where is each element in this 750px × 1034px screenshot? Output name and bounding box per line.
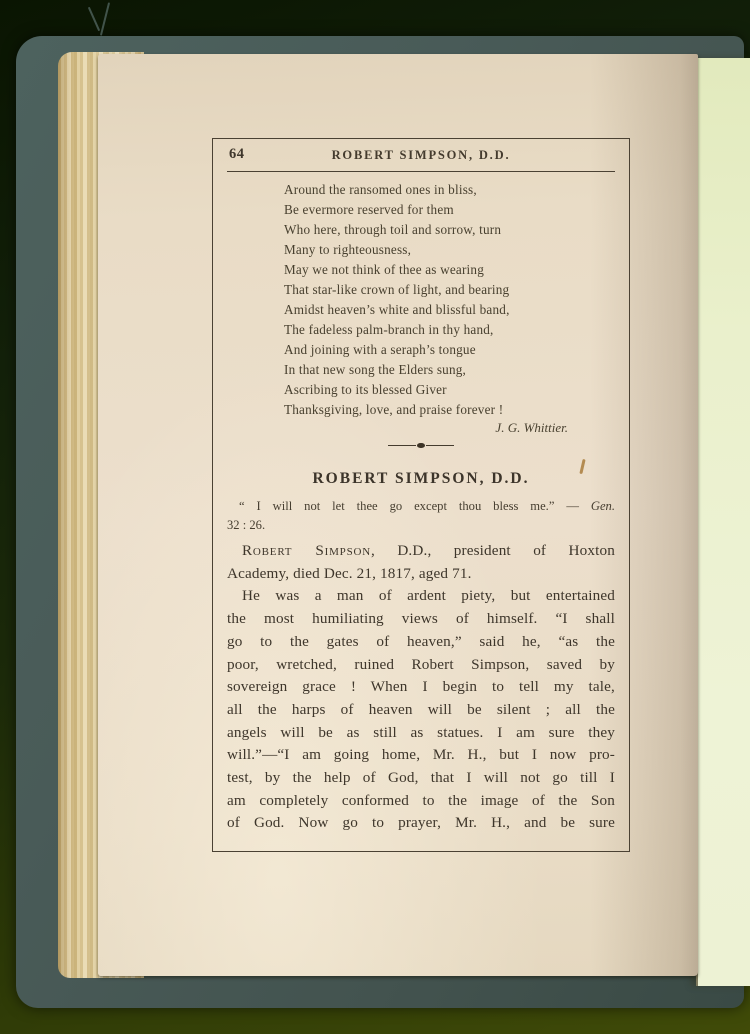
- cover-thread: [88, 7, 100, 32]
- ornament-dot: [417, 443, 425, 449]
- poem-line: Around the ransomed ones in bliss,: [284, 180, 615, 200]
- book-page: 64 ROBERT SIMPSON, D.D. Around the ranso…: [98, 54, 698, 976]
- epigraph-line: “ I will not let thee go except thou ble…: [227, 497, 615, 516]
- paragraph-line: sovereign grace ! When I begin to tell m…: [227, 676, 615, 699]
- paragraph-line: Academy, died Dec. 21, 1817, aged 71.: [227, 563, 615, 586]
- ornament-rule-left: [388, 445, 416, 447]
- paragraph-line: all the harps of heaven will be silent ;…: [227, 699, 615, 722]
- poem-line: Many to righteousness,: [284, 240, 615, 260]
- paragraph-line: the most humiliating views of himself. “…: [227, 608, 615, 631]
- poem-line: And joining with a seraph’s tongue: [284, 340, 615, 360]
- poem-line: In that new song the Elders sung,: [284, 360, 615, 380]
- paragraph-line: poor, wretched, ruined Robert Simpson, s…: [227, 654, 615, 677]
- epigraph-text: “ I will not let thee go except thou ble…: [239, 499, 591, 513]
- poem-line: Thanksgiving, love, and praise forever !: [284, 400, 615, 420]
- paragraph-line: test, by the help of God, that I will no…: [227, 767, 615, 790]
- facing-page-edge: [696, 58, 750, 986]
- cover-thread: [100, 2, 110, 35]
- body-paragraph: He was a man of ardent piety, but entert…: [227, 585, 615, 835]
- poem: Around the ransomed ones in bliss,Be eve…: [284, 180, 615, 420]
- epigraph-source: Gen.: [591, 499, 615, 513]
- running-title: ROBERT SIMPSON, D.D.: [227, 148, 615, 163]
- poem-attribution: J. G. Whittier.: [227, 420, 568, 436]
- text-frame: 64 ROBERT SIMPSON, D.D. Around the ranso…: [212, 138, 630, 852]
- article-heading: ROBERT SIMPSON, D.D.: [227, 469, 615, 489]
- epigraph-line: 32 : 26.: [227, 516, 615, 535]
- paragraph-line: Robert Simpson, D.D., president of Hoxto…: [227, 540, 615, 563]
- paragraph-line: He was a man of ardent piety, but entert…: [227, 585, 615, 608]
- poem-line: Ascribing to its blessed Giver: [284, 380, 615, 400]
- paragraph-line: angels will be as still as statues. I am…: [227, 722, 615, 745]
- paragraph-line: am completely conformed to the image of …: [227, 790, 615, 813]
- lead-rest: , D.D., president of Hoxton: [371, 542, 615, 559]
- page-header: 64 ROBERT SIMPSON, D.D.: [227, 139, 615, 172]
- article-body: Robert Simpson, D.D., president of Hoxto…: [227, 540, 615, 835]
- poem-line: May we not think of thee as wearing: [284, 260, 615, 280]
- paragraph-line: will.”—“I am going home, Mr. H., but I n…: [227, 744, 615, 767]
- paragraph-line: of God. Now go to prayer, Mr. H., and be…: [227, 812, 615, 835]
- poem-line: The fadeless palm-branch in thy hand,: [284, 320, 615, 340]
- epigraph: “ I will not let thee go except thou ble…: [227, 497, 615, 534]
- poem-line: Who here, through toil and sorrow, turn: [284, 220, 615, 240]
- divider-ornament: [388, 442, 454, 449]
- poem-line: Amidst heaven’s white and blissful band,: [284, 300, 615, 320]
- ornament-rule-right: [426, 445, 454, 447]
- lead-smallcaps: Robert Simpson: [242, 542, 371, 559]
- paragraph-line: go to the gates of heaven,” said he, “as…: [227, 631, 615, 654]
- poem-line: Be evermore reserved for them: [284, 200, 615, 220]
- poem-line: That star-like crown of light, and beari…: [284, 280, 615, 300]
